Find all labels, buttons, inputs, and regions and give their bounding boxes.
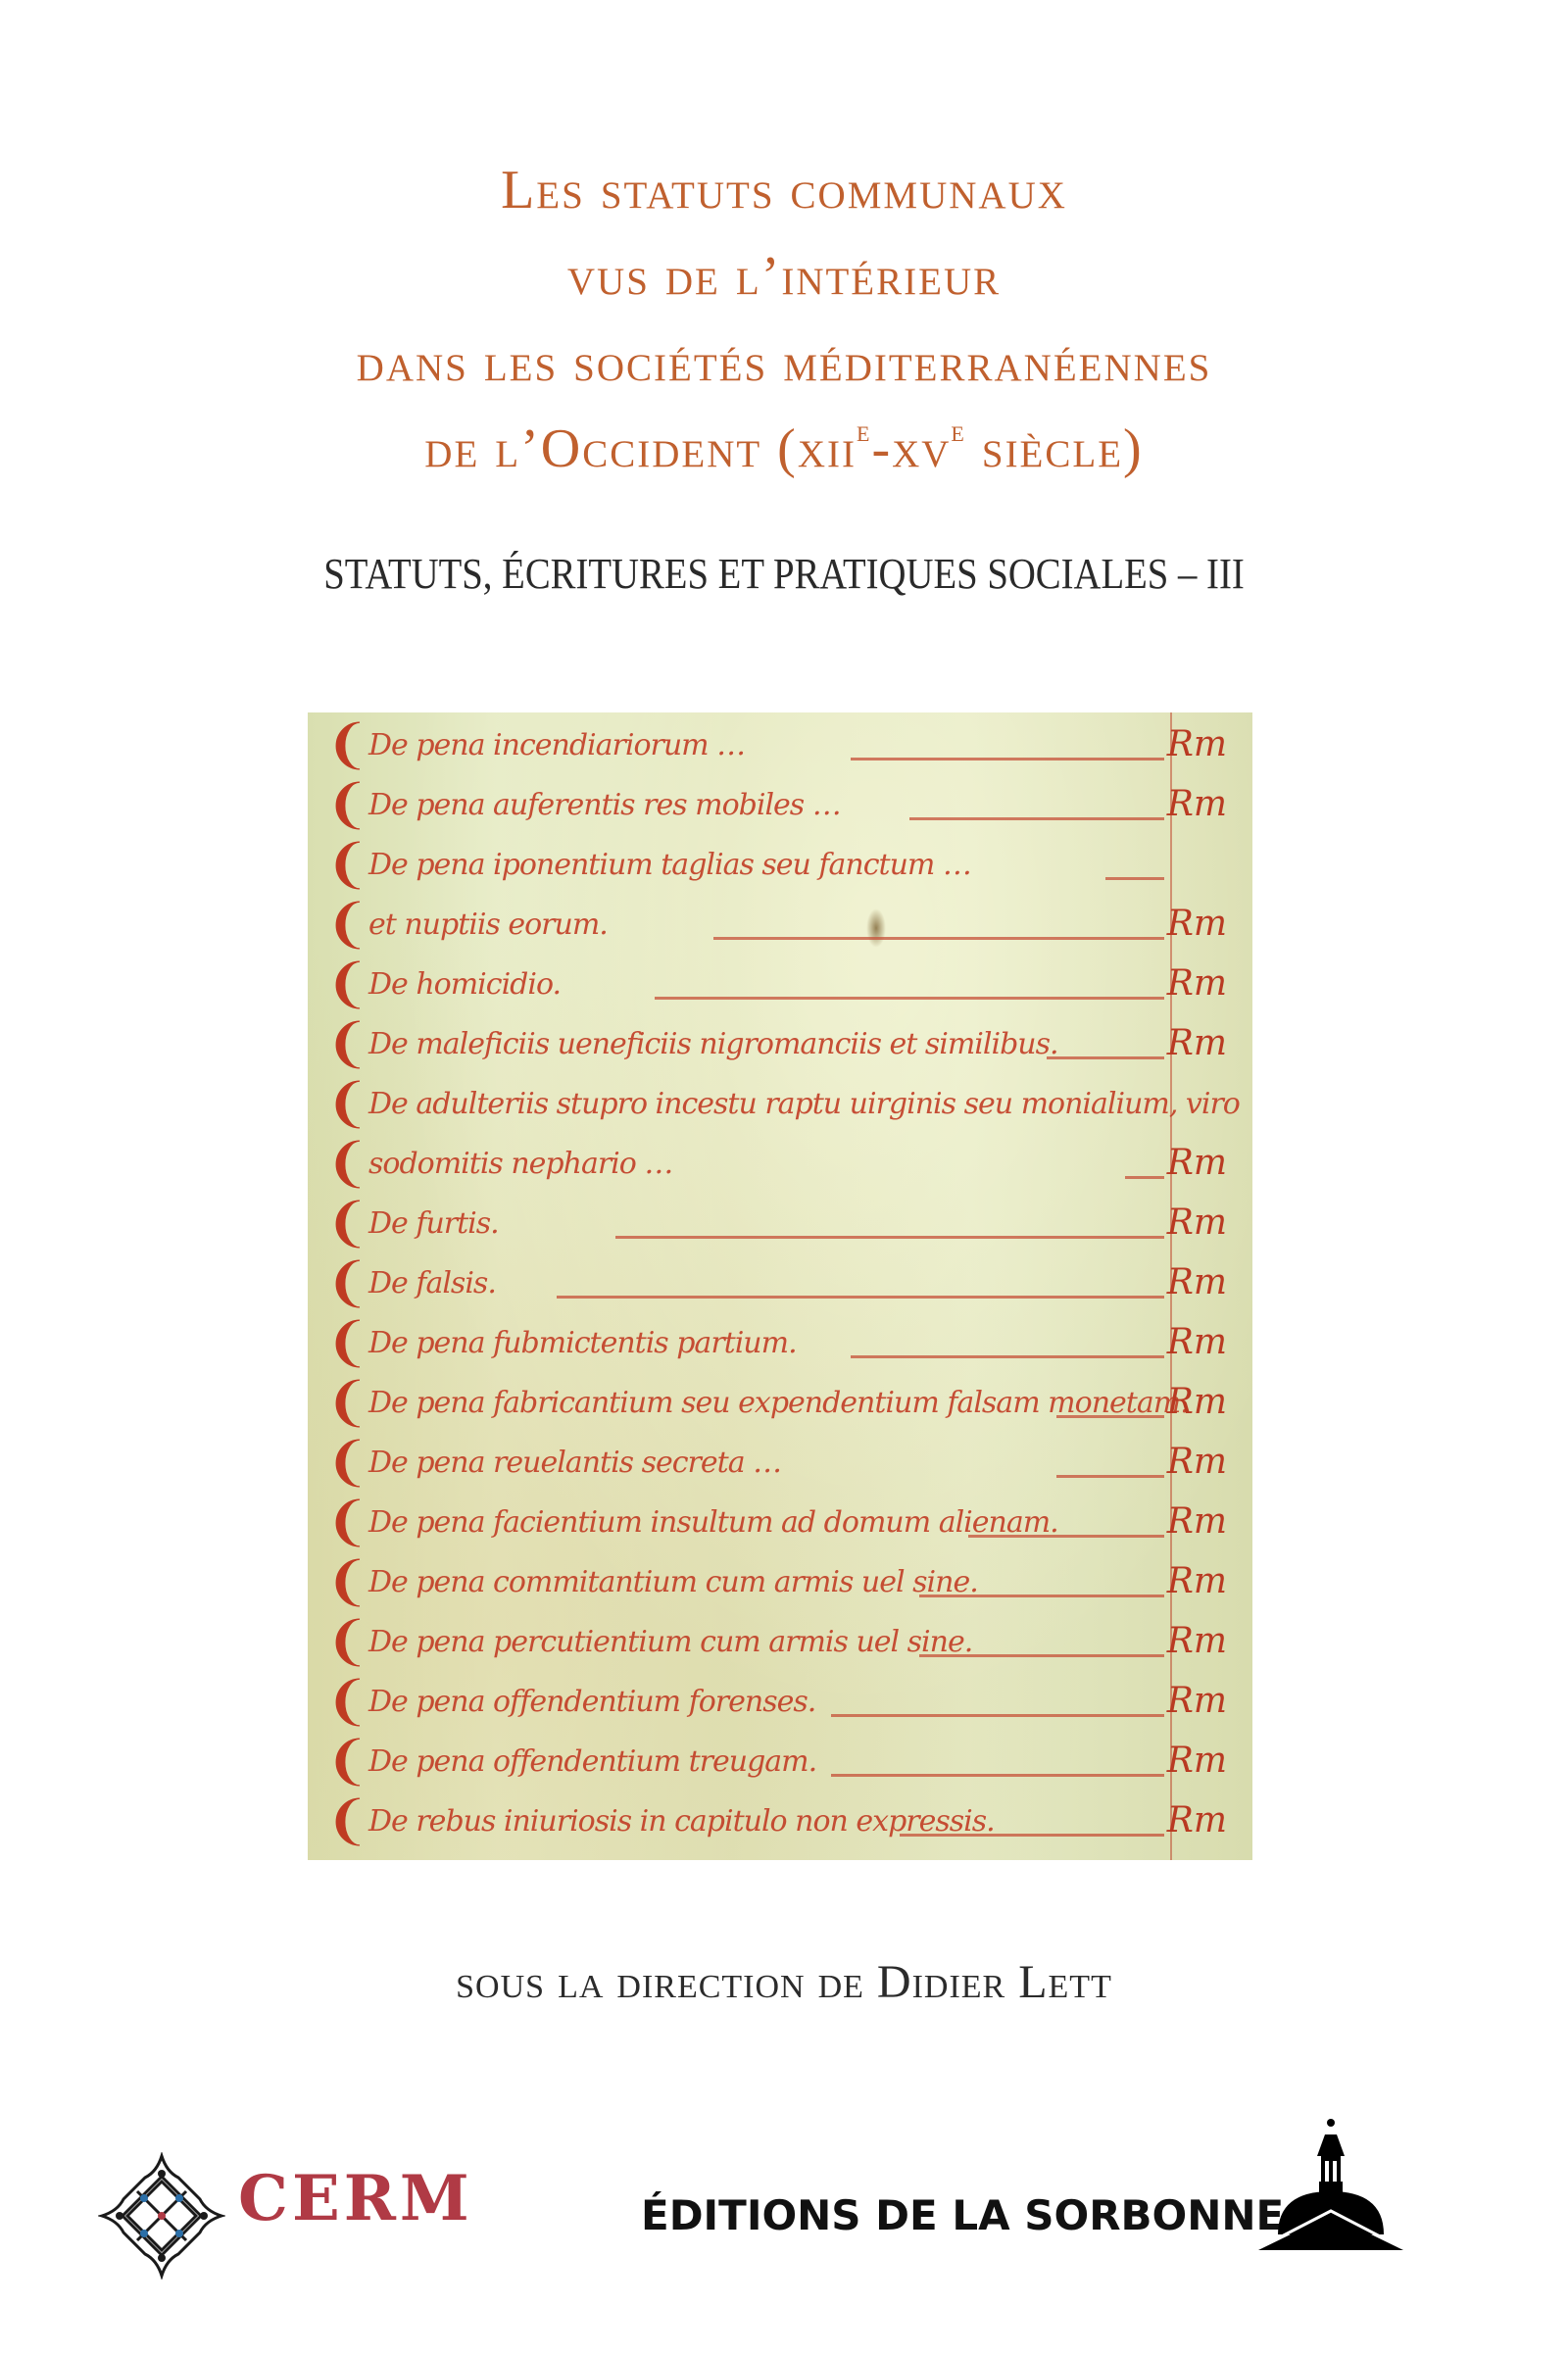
manuscript-line: ❨sodomitis nephario …Rm [308, 1133, 1252, 1192]
rubric-rule [919, 1595, 1164, 1597]
margin-note: Rm [1167, 1741, 1227, 1781]
rubric-initial: ❨ [325, 1256, 369, 1309]
rubric-text: De maleficiis ueneficiis nigromanciis et… [368, 1027, 1058, 1061]
rubric-text: De pena commitantium cum armis uel sine. [368, 1565, 978, 1599]
rubric-rule [909, 817, 1164, 820]
manuscript-line: ❨De homicidio.Rm [308, 954, 1252, 1012]
margin-note: Rm [1167, 1442, 1227, 1482]
rubric-initial: ❨ [325, 1017, 369, 1070]
rubric-rule [1125, 1176, 1164, 1179]
sorbonne-publisher-name: ÉDITIONS DE LA SORBONNE [641, 2195, 1284, 2236]
margin-note: Rm [1167, 1262, 1227, 1302]
rubric-text: De falsis. [368, 1266, 496, 1300]
rubric-initial: ❨ [325, 1197, 369, 1250]
rubric-initial: ❨ [325, 1735, 369, 1788]
rubric-initial: ❨ [325, 1077, 369, 1130]
rubric-text: De adulteriis stupro incestu raptu uirgi… [368, 1087, 1240, 1121]
margin-note: Rm [1167, 1561, 1227, 1601]
century-superscript: e [857, 415, 871, 448]
rubric-initial: ❨ [325, 1436, 369, 1489]
manuscript-line: ❨et nuptiis eorum.Rm [308, 894, 1252, 953]
manuscript-line: ❨De furtis.Rm [308, 1193, 1252, 1251]
title-line-4-middle: -xv [871, 418, 951, 479]
rubric-initial: ❨ [325, 1555, 369, 1608]
margin-note: Rm [1167, 1501, 1227, 1542]
sorbonne-dome-icon [1256, 2115, 1403, 2252]
manuscript-line: ❨De pena auferentis res mobiles …Rm [308, 774, 1252, 833]
manuscript-line: ❨De pena incendiariorum …Rm [308, 714, 1252, 773]
rubric-rule [615, 1236, 1164, 1239]
rubric-initial: ❨ [325, 957, 369, 1010]
manuscript-line: ❨De maleficiis ueneficiis nigromanciis e… [308, 1013, 1252, 1072]
margin-note: Rm [1167, 1800, 1227, 1840]
margin-note: Rm [1167, 784, 1227, 824]
manuscript-line: ❨De pena offendentium forenses.Rm [308, 1671, 1252, 1730]
rubric-rule [655, 997, 1164, 1000]
manuscript-line: ❨De pena fubmictentis partium.Rm [308, 1312, 1252, 1371]
rubric-rule [900, 1834, 1164, 1837]
rubric-rule [968, 1535, 1164, 1538]
rubric-text: De pena offendentium treugam. [368, 1744, 816, 1779]
manuscript-line: ❨De pena percutientium cum armis uel sin… [308, 1611, 1252, 1670]
rubric-initial: ❨ [325, 1615, 369, 1668]
rubric-rule [1056, 1415, 1164, 1418]
rubric-text: De pena iponentium taglias seu fanctum … [368, 848, 971, 882]
title-line-4-prefix: de l’Occident (xii [424, 418, 857, 479]
manuscript-image: ❨De pena incendiariorum …Rm❨De pena aufe… [308, 712, 1252, 1860]
rubric-initial: ❨ [325, 1316, 369, 1369]
rubric-rule [1105, 877, 1164, 880]
cerm-logo-text: CERM [238, 2168, 473, 2231]
rubric-initial: ❨ [325, 838, 369, 891]
margin-note: Rm [1167, 963, 1227, 1004]
title-line-3: dans les sociétés méditerranéennes [0, 319, 1568, 406]
margin-note: Rm [1167, 1322, 1227, 1362]
margin-note: Rm [1167, 1202, 1227, 1243]
rubric-text: De pena incendiariorum … [368, 728, 745, 762]
manuscript-line: ❨De adulteriis stupro incestu raptu uirg… [308, 1073, 1252, 1132]
rubric-text: De homicidio. [368, 967, 561, 1002]
rubric-initial: ❨ [325, 718, 369, 771]
rubric-text: De pena offendentium forenses. [368, 1685, 815, 1719]
knot-diamond-icon [98, 2152, 225, 2280]
rubric-initial: ❨ [325, 1675, 369, 1728]
rubric-rule [851, 758, 1164, 760]
rubric-initial: ❨ [325, 898, 369, 951]
rubric-text: De furtis. [368, 1206, 499, 1241]
margin-note: Rm [1167, 1143, 1227, 1183]
rubric-text: De pena auferentis res mobiles … [368, 788, 841, 822]
rubric-text: De pena facientium insultum ad domum ali… [368, 1505, 1058, 1540]
rubric-initial: ❨ [325, 1137, 369, 1190]
manuscript-line: ❨De pena facientium insultum ad domum al… [308, 1492, 1252, 1550]
margin-note: Rm [1167, 724, 1227, 764]
manuscript-line: ❨De pena offendentium treugam.Rm [308, 1731, 1252, 1790]
title-line-4-suffix: siècle) [966, 418, 1144, 479]
rubric-rule [851, 1355, 1164, 1358]
rubric-initial: ❨ [325, 778, 369, 831]
rubric-initial: ❨ [325, 1794, 369, 1847]
manuscript-line: ❨De rebus iniuriosis in capitulo non exp… [308, 1791, 1252, 1849]
margin-note: Rm [1167, 904, 1227, 944]
rubric-rule [557, 1296, 1164, 1299]
rubric-rule [919, 1654, 1164, 1657]
rubric-rule [713, 937, 1164, 940]
margin-note: Rm [1167, 1681, 1227, 1721]
manuscript-line: ❨De pena fabricantium seu expendentium f… [308, 1372, 1252, 1431]
editor-credit: sous la direction de Didier Lett [0, 1955, 1568, 2009]
title-line-4: de l’Occident (xiie-xve siècle) [0, 406, 1568, 492]
rubric-text: sodomitis nephario … [368, 1147, 672, 1181]
book-title: Les statuts communaux vus de l’intérieur… [0, 147, 1568, 492]
rubric-rule [1047, 1056, 1164, 1059]
rubric-rule [831, 1714, 1164, 1717]
rubric-text: De pena fubmictentis partium. [368, 1326, 797, 1360]
margin-note: Rm [1167, 1023, 1227, 1063]
rubric-text: et nuptiis eorum. [368, 908, 608, 942]
rubric-initial: ❨ [325, 1376, 369, 1429]
century-superscript: e [951, 415, 965, 448]
rubric-rule [831, 1774, 1164, 1777]
manuscript-line: ❨De pena reuelantis secreta …Rm [308, 1432, 1252, 1491]
rubric-rule [1056, 1475, 1164, 1478]
manuscript-line: ❨De pena iponentium taglias seu fanctum … [308, 834, 1252, 893]
manuscript-line: ❨De falsis.Rm [308, 1252, 1252, 1311]
rubric-text: De pena percutientium cum armis uel sine… [368, 1625, 972, 1659]
title-line-2: vus de l’intérieur [0, 233, 1568, 319]
rubric-initial: ❨ [325, 1496, 369, 1548]
margin-note: Rm [1167, 1621, 1227, 1661]
series-subtitle: STATUTS, ÉCRITURES ET PRATIQUES SOCIALES… [94, 549, 1474, 599]
margin-note: Rm [1167, 1382, 1227, 1422]
manuscript-line: ❨De pena commitantium cum armis uel sine… [308, 1551, 1252, 1610]
rubric-text: De pena reuelantis secreta … [368, 1446, 781, 1480]
title-line-1: Les statuts communaux [0, 147, 1568, 233]
